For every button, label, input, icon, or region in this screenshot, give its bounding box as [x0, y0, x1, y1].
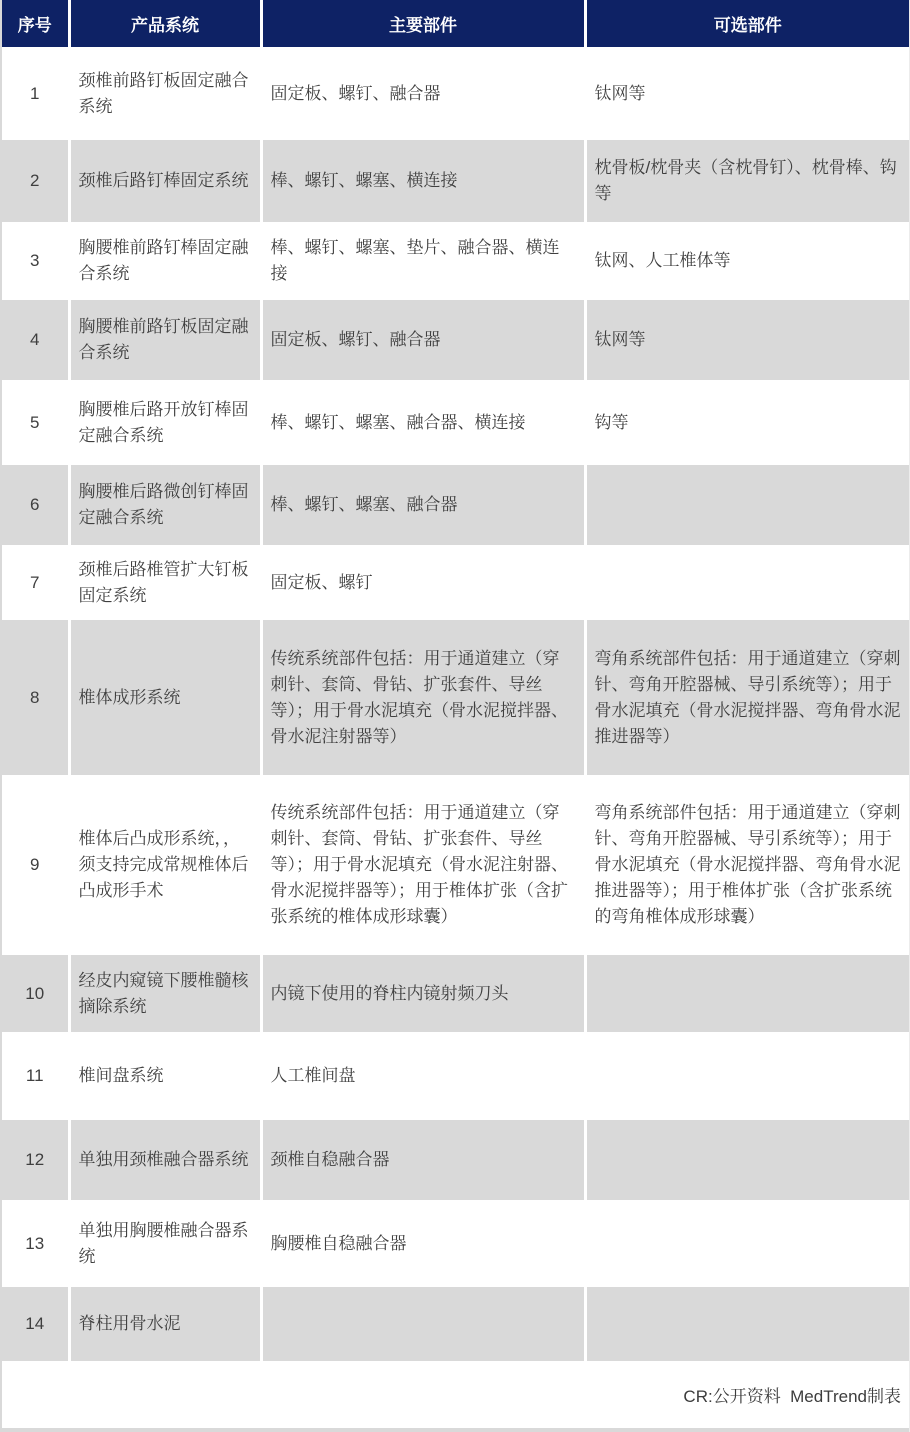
optional-components-cell	[585, 465, 909, 545]
table-row: 13 单独用胸腰椎融合器系统 胸腰椎自稳融合器	[2, 1200, 909, 1287]
main-components-cell: 人工椎间盘	[261, 1032, 585, 1120]
row-number: 9	[2, 775, 69, 955]
spine-products-table-page: 序号 产品系统 主要部件 可选部件 1 颈椎前路钉板固定融合系统 固定板、螺钉、…	[0, 0, 910, 1432]
main-components-cell: 内镜下使用的脊柱内镜射频刀头	[261, 955, 585, 1032]
product-system-cell: 胸腰椎前路钉棒固定融合系统	[69, 222, 261, 300]
bottom-edge-strip	[2, 1428, 909, 1432]
col-header-product-system: 产品系统	[69, 0, 261, 47]
main-components-cell: 固定板、螺钉、融合器	[261, 300, 585, 380]
product-system-cell: 经皮内窥镜下腰椎髓核摘除系统	[69, 955, 261, 1032]
product-system-cell: 胸腰椎前路钉板固定融合系统	[69, 300, 261, 380]
table-row: 10 经皮内窥镜下腰椎髓核摘除系统 内镜下使用的脊柱内镜射频刀头	[2, 955, 909, 1032]
main-components-cell: 固定板、螺钉、融合器	[261, 47, 585, 140]
product-system-cell: 胸腰椎后路微创钉棒固定融合系统	[69, 465, 261, 545]
product-system-cell: 椎间盘系统	[69, 1032, 261, 1120]
table-row: 4 胸腰椎前路钉板固定融合系统 固定板、螺钉、融合器 钛网等	[2, 300, 909, 380]
optional-components-cell	[585, 1032, 909, 1120]
row-number: 4	[2, 300, 69, 380]
main-components-cell	[261, 1287, 585, 1361]
main-components-cell: 传统系统部件包括：用于通道建立（穿刺针、套筒、骨钻、扩张套件、导丝等）；用于骨水…	[261, 775, 585, 955]
table-row: 6 胸腰椎后路微创钉棒固定融合系统 棒、螺钉、螺塞、融合器	[2, 465, 909, 545]
table-body: 1 颈椎前路钉板固定融合系统 固定板、螺钉、融合器 钛网等 2 颈椎后路钉棒固定…	[2, 47, 909, 1361]
optional-components-cell: 弯角系统部件包括：用于通道建立（穿刺针、弯角开腔器械、导引系统等）；用于骨水泥填…	[585, 620, 909, 775]
source-credit: CR:公开资料 MedTrend制表	[2, 1361, 909, 1428]
row-number: 1	[2, 47, 69, 140]
col-header-main-components: 主要部件	[261, 0, 585, 47]
table-row: 3 胸腰椎前路钉棒固定融合系统 棒、螺钉、螺塞、垫片、融合器、横连接 钛网、人工…	[2, 222, 909, 300]
table-row: 1 颈椎前路钉板固定融合系统 固定板、螺钉、融合器 钛网等	[2, 47, 909, 140]
optional-components-cell	[585, 1287, 909, 1361]
main-components-cell: 固定板、螺钉	[261, 545, 585, 620]
row-number: 3	[2, 222, 69, 300]
table-row: 5 胸腰椎后路开放钉棒固定融合系统 棒、螺钉、螺塞、融合器、横连接 钩等	[2, 380, 909, 465]
table-header: 序号 产品系统 主要部件 可选部件	[2, 0, 909, 47]
main-components-cell: 棒、螺钉、螺塞、融合器、横连接	[261, 380, 585, 465]
main-components-cell: 传统系统部件包括：用于通道建立（穿刺针、套筒、骨钻、扩张套件、导丝等）；用于骨水…	[261, 620, 585, 775]
optional-components-cell: 钛网等	[585, 300, 909, 380]
table-row: 9 椎体后凸成形系统，，须支持完成常规椎体后凸成形手术 传统系统部件包括：用于通…	[2, 775, 909, 955]
product-system-cell: 胸腰椎后路开放钉棒固定融合系统	[69, 380, 261, 465]
main-components-cell: 棒、螺钉、螺塞、垫片、融合器、横连接	[261, 222, 585, 300]
row-number: 10	[2, 955, 69, 1032]
optional-components-cell	[585, 955, 909, 1032]
row-number: 11	[2, 1032, 69, 1120]
main-components-cell: 颈椎自稳融合器	[261, 1120, 585, 1200]
row-number: 12	[2, 1120, 69, 1200]
product-system-cell: 脊柱用骨水泥	[69, 1287, 261, 1361]
product-system-cell: 颈椎前路钉板固定融合系统	[69, 47, 261, 140]
header-row: 序号 产品系统 主要部件 可选部件	[2, 0, 909, 47]
optional-components-cell: 钩等	[585, 380, 909, 465]
product-system-cell: 椎体后凸成形系统，，须支持完成常规椎体后凸成形手术	[69, 775, 261, 955]
optional-components-cell: 钛网等	[585, 47, 909, 140]
product-system-cell: 单独用颈椎融合器系统	[69, 1120, 261, 1200]
product-system-cell: 椎体成形系统	[69, 620, 261, 775]
row-number: 6	[2, 465, 69, 545]
product-system-cell: 单独用胸腰椎融合器系统	[69, 1200, 261, 1287]
row-number: 13	[2, 1200, 69, 1287]
col-header-index: 序号	[2, 0, 69, 47]
optional-components-cell: 钛网、人工椎体等	[585, 222, 909, 300]
table-row: 11 椎间盘系统 人工椎间盘	[2, 1032, 909, 1120]
row-number: 8	[2, 620, 69, 775]
optional-components-cell: 枕骨板/枕骨夹（含枕骨钉）、枕骨棒、钩等	[585, 140, 909, 222]
table-row: 14 脊柱用骨水泥	[2, 1287, 909, 1361]
optional-components-cell	[585, 545, 909, 620]
col-header-optional-components: 可选部件	[585, 0, 909, 47]
optional-components-cell	[585, 1200, 909, 1287]
row-number: 14	[2, 1287, 69, 1361]
table-row: 8 椎体成形系统 传统系统部件包括：用于通道建立（穿刺针、套筒、骨钻、扩张套件、…	[2, 620, 909, 775]
optional-components-cell	[585, 1120, 909, 1200]
row-number: 5	[2, 380, 69, 465]
row-number: 2	[2, 140, 69, 222]
spine-product-systems-table: 序号 产品系统 主要部件 可选部件 1 颈椎前路钉板固定融合系统 固定板、螺钉、…	[2, 0, 909, 1361]
table-row: 12 单独用颈椎融合器系统 颈椎自稳融合器	[2, 1120, 909, 1200]
main-components-cell: 棒、螺钉、螺塞、横连接	[261, 140, 585, 222]
row-number: 7	[2, 545, 69, 620]
main-components-cell: 胸腰椎自稳融合器	[261, 1200, 585, 1287]
product-system-cell: 颈椎后路椎管扩大钉板固定系统	[69, 545, 261, 620]
table-row: 7 颈椎后路椎管扩大钉板固定系统 固定板、螺钉	[2, 545, 909, 620]
product-system-cell: 颈椎后路钉棒固定系统	[69, 140, 261, 222]
table-row: 2 颈椎后路钉棒固定系统 棒、螺钉、螺塞、横连接 枕骨板/枕骨夹（含枕骨钉）、枕…	[2, 140, 909, 222]
optional-components-cell: 弯角系统部件包括：用于通道建立（穿刺针、弯角开腔器械、导引系统等）；用于骨水泥填…	[585, 775, 909, 955]
main-components-cell: 棒、螺钉、螺塞、融合器	[261, 465, 585, 545]
